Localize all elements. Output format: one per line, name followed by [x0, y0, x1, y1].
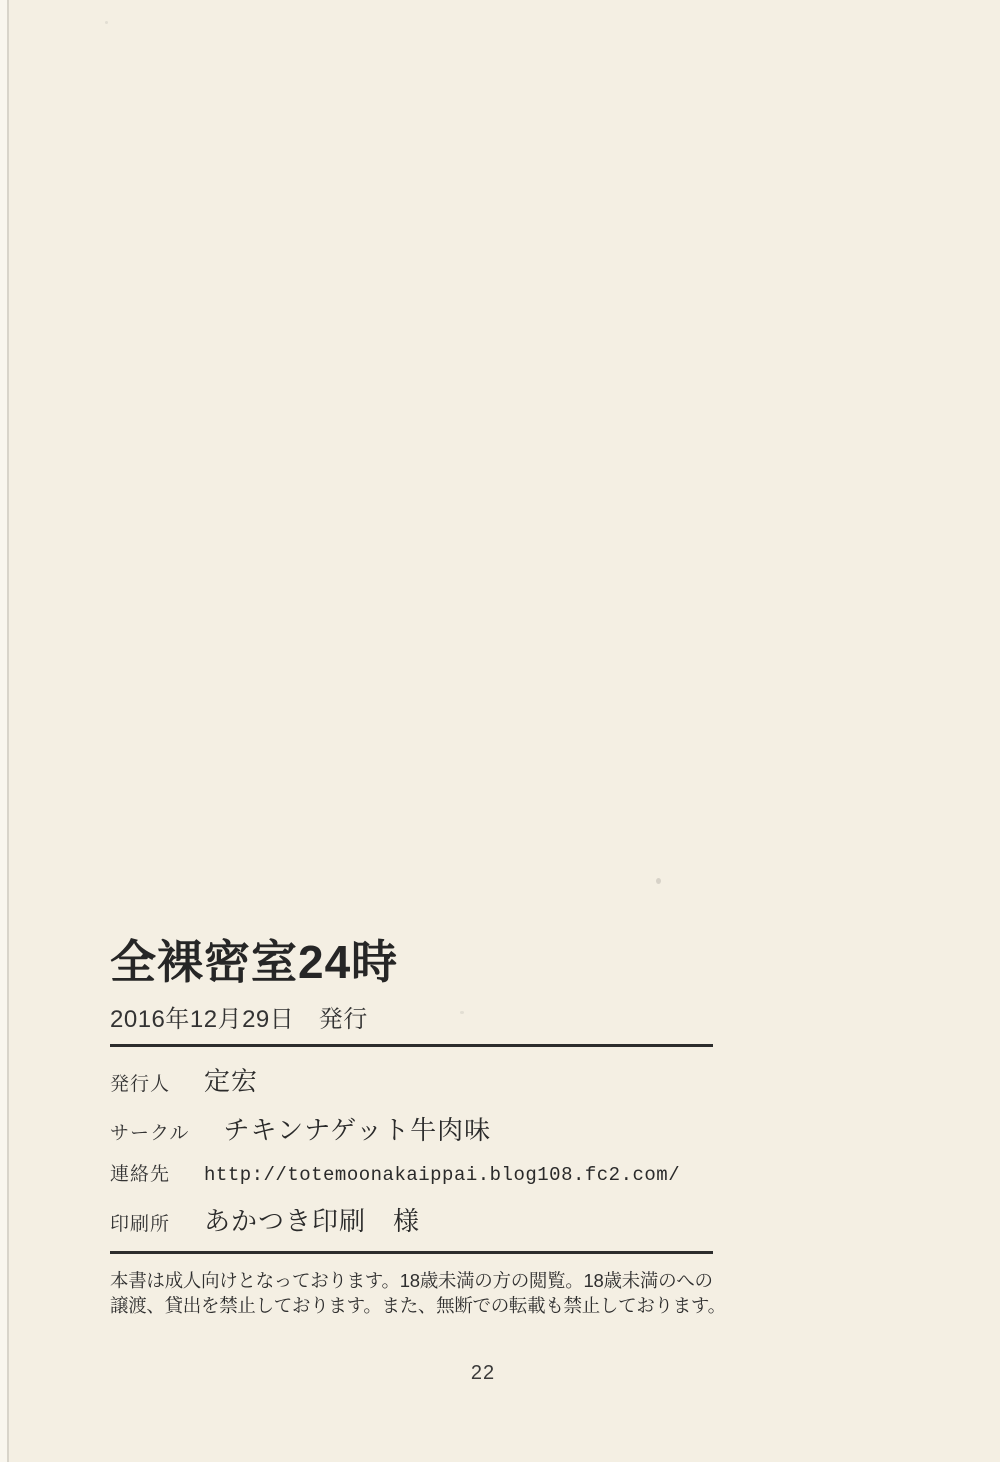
scan-edge-line: [7, 0, 9, 1462]
scanned-colophon-page: 全裸密室24時 2016年12月29日 発行 発行人 定宏 サークル チキンナゲ…: [0, 0, 1000, 1462]
divider-top: [110, 1044, 713, 1047]
field-value: チキンナゲット牛肉味: [223, 1110, 491, 1147]
field-row-circle: サークル チキンナゲット牛肉味: [110, 1110, 713, 1147]
disclaimer-line: 本書は成人向けとなっております。18歳未満の方の閲覧。18歳未満のへの: [110, 1268, 713, 1293]
field-label: 連絡先: [110, 1159, 170, 1186]
field-row-contact: 連絡先 http://totemoonakaippai.blog108.fc2.…: [110, 1159, 713, 1189]
divider-bottom: [110, 1251, 713, 1254]
page-number: 22: [433, 1362, 533, 1385]
scan-speck: [105, 21, 108, 24]
contact-url: http://totemoonakaippai.blog108.fc2.com/: [204, 1164, 680, 1186]
book-title: 全裸密室24時: [110, 938, 713, 986]
adult-disclaimer: 本書は成人向けとなっております。18歳未満の方の閲覧。18歳未満のへの 譲渡、貸…: [110, 1268, 713, 1318]
publish-date: 2016年12月29日 発行: [110, 999, 713, 1034]
field-label: 発行人: [110, 1069, 170, 1096]
colophon-fields: 発行人 定宏 サークル チキンナゲット牛肉味 連絡先 http://totemo…: [110, 1061, 713, 1238]
field-row-printer: 印刷所 あかつき印刷 様: [110, 1201, 713, 1238]
scan-speck: [656, 878, 661, 884]
field-label: 印刷所: [110, 1209, 170, 1236]
disclaimer-line: 譲渡、貸出を禁止しております。また、無断での転載も禁止しております。: [110, 1293, 713, 1318]
field-label: サークル: [110, 1118, 189, 1145]
colophon-block: 全裸密室24時 2016年12月29日 発行 発行人 定宏 サークル チキンナゲ…: [110, 938, 713, 1319]
scan-edge-band: [0, 0, 7, 1462]
field-row-publisher: 発行人 定宏: [110, 1061, 713, 1098]
field-value: 定宏: [204, 1061, 258, 1098]
field-value: あかつき印刷 様: [204, 1201, 420, 1238]
